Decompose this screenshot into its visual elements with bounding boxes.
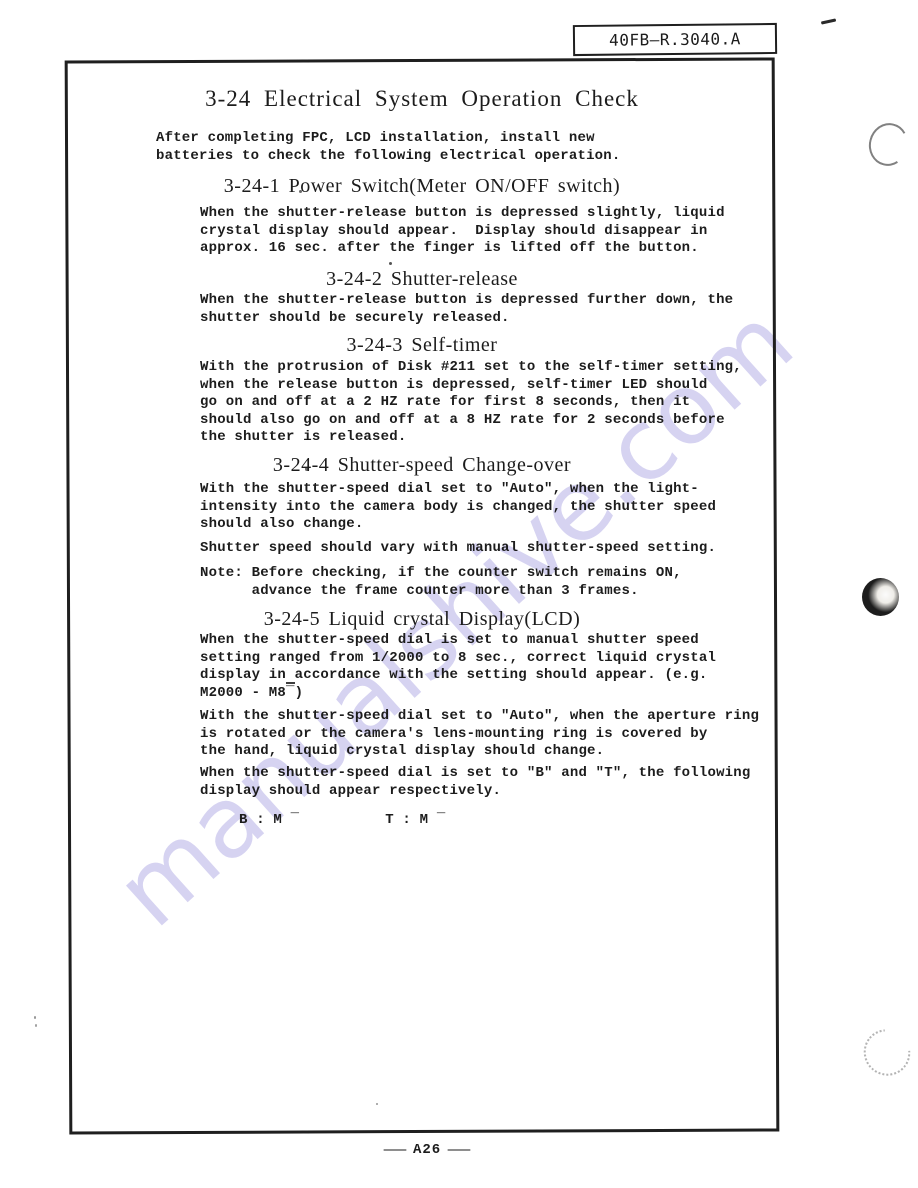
punch-hole-mark	[862, 578, 899, 616]
section-paragraph: When the shutter-speed dial is set to ma…	[200, 632, 716, 702]
note-paragraph: Note: Before checking, if the counter sw…	[200, 565, 682, 600]
section-heading-power-switch: 3-24-1 Power Switch(Meter ON/OFF switch)	[67, 173, 777, 199]
intro-paragraph: After completing FPC, LCD installation, …	[156, 130, 620, 165]
scan-dash-mark	[821, 18, 836, 24]
section-paragraph: When the shutter-speed dial is set to "B…	[200, 765, 751, 800]
scan-ring-mark-bottom	[854, 1020, 918, 1085]
section-heading-self-timer: 3-24-3 Self-timer	[67, 332, 777, 358]
ink-speck	[34, 1016, 36, 1019]
doc-number-label: 40FB—R.3040.A	[609, 29, 741, 49]
ink-speck	[389, 262, 392, 265]
section-paragraph: When the shutter-release button is depre…	[200, 292, 733, 327]
page-footer: — A26 —	[388, 1142, 466, 1158]
footer-dash-right: —	[447, 1143, 472, 1157]
lcd-display-example: B : M ¯ T : M ¯	[239, 812, 445, 830]
doc-number-box: 40FB—R.3040.A	[573, 23, 777, 56]
section-paragraph: Shutter speed should vary with manual sh…	[200, 540, 716, 558]
ink-underscore-artifact	[286, 682, 295, 684]
ink-speck	[299, 190, 302, 193]
page-title: 3-24 Electrical System Operation Check	[67, 86, 777, 112]
footer-dash-left: —	[382, 1143, 407, 1157]
section-paragraph: With the shutter-speed dial set to "Auto…	[200, 481, 716, 534]
ink-speck	[376, 1103, 378, 1105]
page-number: A26	[413, 1142, 441, 1158]
section-heading-lcd: 3-24-5 Liquid crystal Display(LCD)	[67, 606, 777, 632]
section-paragraph: With the shutter-speed dial set to "Auto…	[200, 708, 759, 761]
scan-ring-mark-top	[864, 119, 912, 170]
section-paragraph: When the shutter-release button is depre…	[200, 205, 725, 258]
ink-speck	[35, 1024, 37, 1027]
ink-speck	[305, 467, 308, 471]
section-paragraph: With the protrusion of Disk #211 set to …	[200, 359, 742, 447]
scanned-manual-page: manualshive.com 40FB—R.3040.A 3-24 Elect…	[0, 0, 918, 1188]
section-heading-speed-changeover: 3-24-4 Shutter-speed Change-over	[67, 452, 777, 478]
section-heading-shutter-release: 3-24-2 Shutter-release	[67, 266, 777, 292]
